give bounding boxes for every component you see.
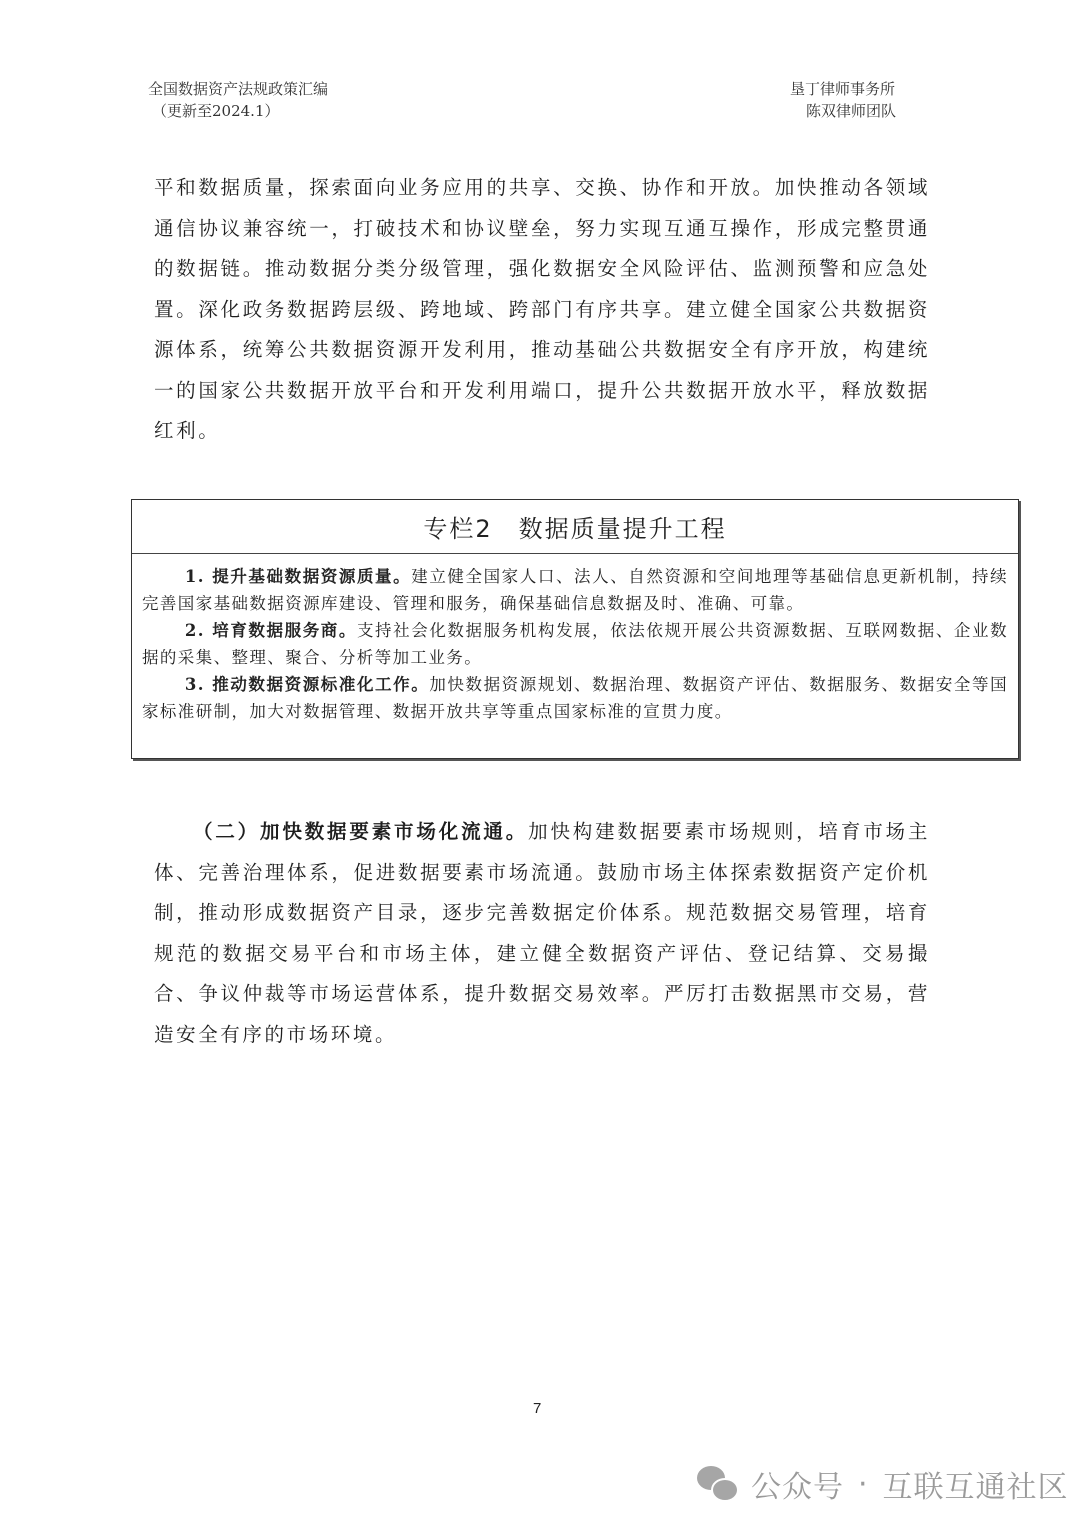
header-doc-title: 全国数据资产法规政策汇编 bbox=[148, 78, 328, 100]
header-law-firm: 垦丁律师事务所 bbox=[790, 78, 896, 100]
column-item-lead: 3. 推动数据资源标准化工作。 bbox=[185, 675, 429, 694]
column-item-3: 3. 推动数据资源标准化工作。加快数据资源规划、数据治理、数据资产评估、数据服务… bbox=[142, 671, 1008, 725]
watermark-label: 公众号 bbox=[751, 1462, 844, 1506]
column-box-number: 专栏2 bbox=[423, 509, 492, 544]
column-box-title: 专栏2 数据质量提升工程 bbox=[132, 500, 1018, 554]
page-number: 7 bbox=[533, 1400, 541, 1417]
column-item-lead: 2. 培育数据服务商。 bbox=[185, 621, 357, 640]
watermark-separator: · bbox=[858, 1467, 869, 1502]
column-box-heading: 数据质量提升工程 bbox=[519, 509, 727, 544]
column-item-2: 2. 培育数据服务商。支持社会化数据服务机构发展，依法依规开展公共资源数据、互联… bbox=[142, 617, 1008, 671]
column-box: 专栏2 数据质量提升工程 1. 提升基础数据资源质量。建立健全国家人口、法人、自… bbox=[131, 499, 1019, 759]
column-box-body: 1. 提升基础数据资源质量。建立健全国家人口、法人、自然资源和空间地理等基础信息… bbox=[132, 554, 1018, 725]
wechat-watermark: 公众号 · 互联互通社区 bbox=[697, 1462, 1069, 1506]
running-header-right: 垦丁律师事务所 陈双律师团队 bbox=[790, 78, 896, 122]
section-heading-inline: （二）加快数据要素市场化流通。 bbox=[193, 820, 528, 843]
watermark-account: 互联互通社区 bbox=[883, 1462, 1069, 1506]
column-item-1: 1. 提升基础数据资源质量。建立健全国家人口、法人、自然资源和空间地理等基础信息… bbox=[142, 563, 1008, 617]
header-update-note: （更新至2024.1） bbox=[148, 100, 328, 122]
column-item-lead: 1. 提升基础数据资源质量。 bbox=[185, 567, 411, 586]
running-header-left: 全国数据资产法规政策汇编 （更新至2024.1） bbox=[148, 78, 328, 122]
header-team: 陈双律师团队 bbox=[790, 100, 896, 122]
section-body-text: 加快构建数据要素市场规则，培育市场主体、完善治理体系，促进数据要素市场流通。鼓励… bbox=[154, 820, 930, 1046]
body-paragraph-2: （二）加快数据要素市场化流通。加快构建数据要素市场规则，培育市场主体、完善治理体… bbox=[154, 812, 930, 1055]
wechat-icon bbox=[697, 1464, 741, 1504]
body-paragraph-1: 平和数据质量，探索面向业务应用的共享、交换、协作和开放。加快推动各领域通信协议兼… bbox=[154, 168, 930, 452]
